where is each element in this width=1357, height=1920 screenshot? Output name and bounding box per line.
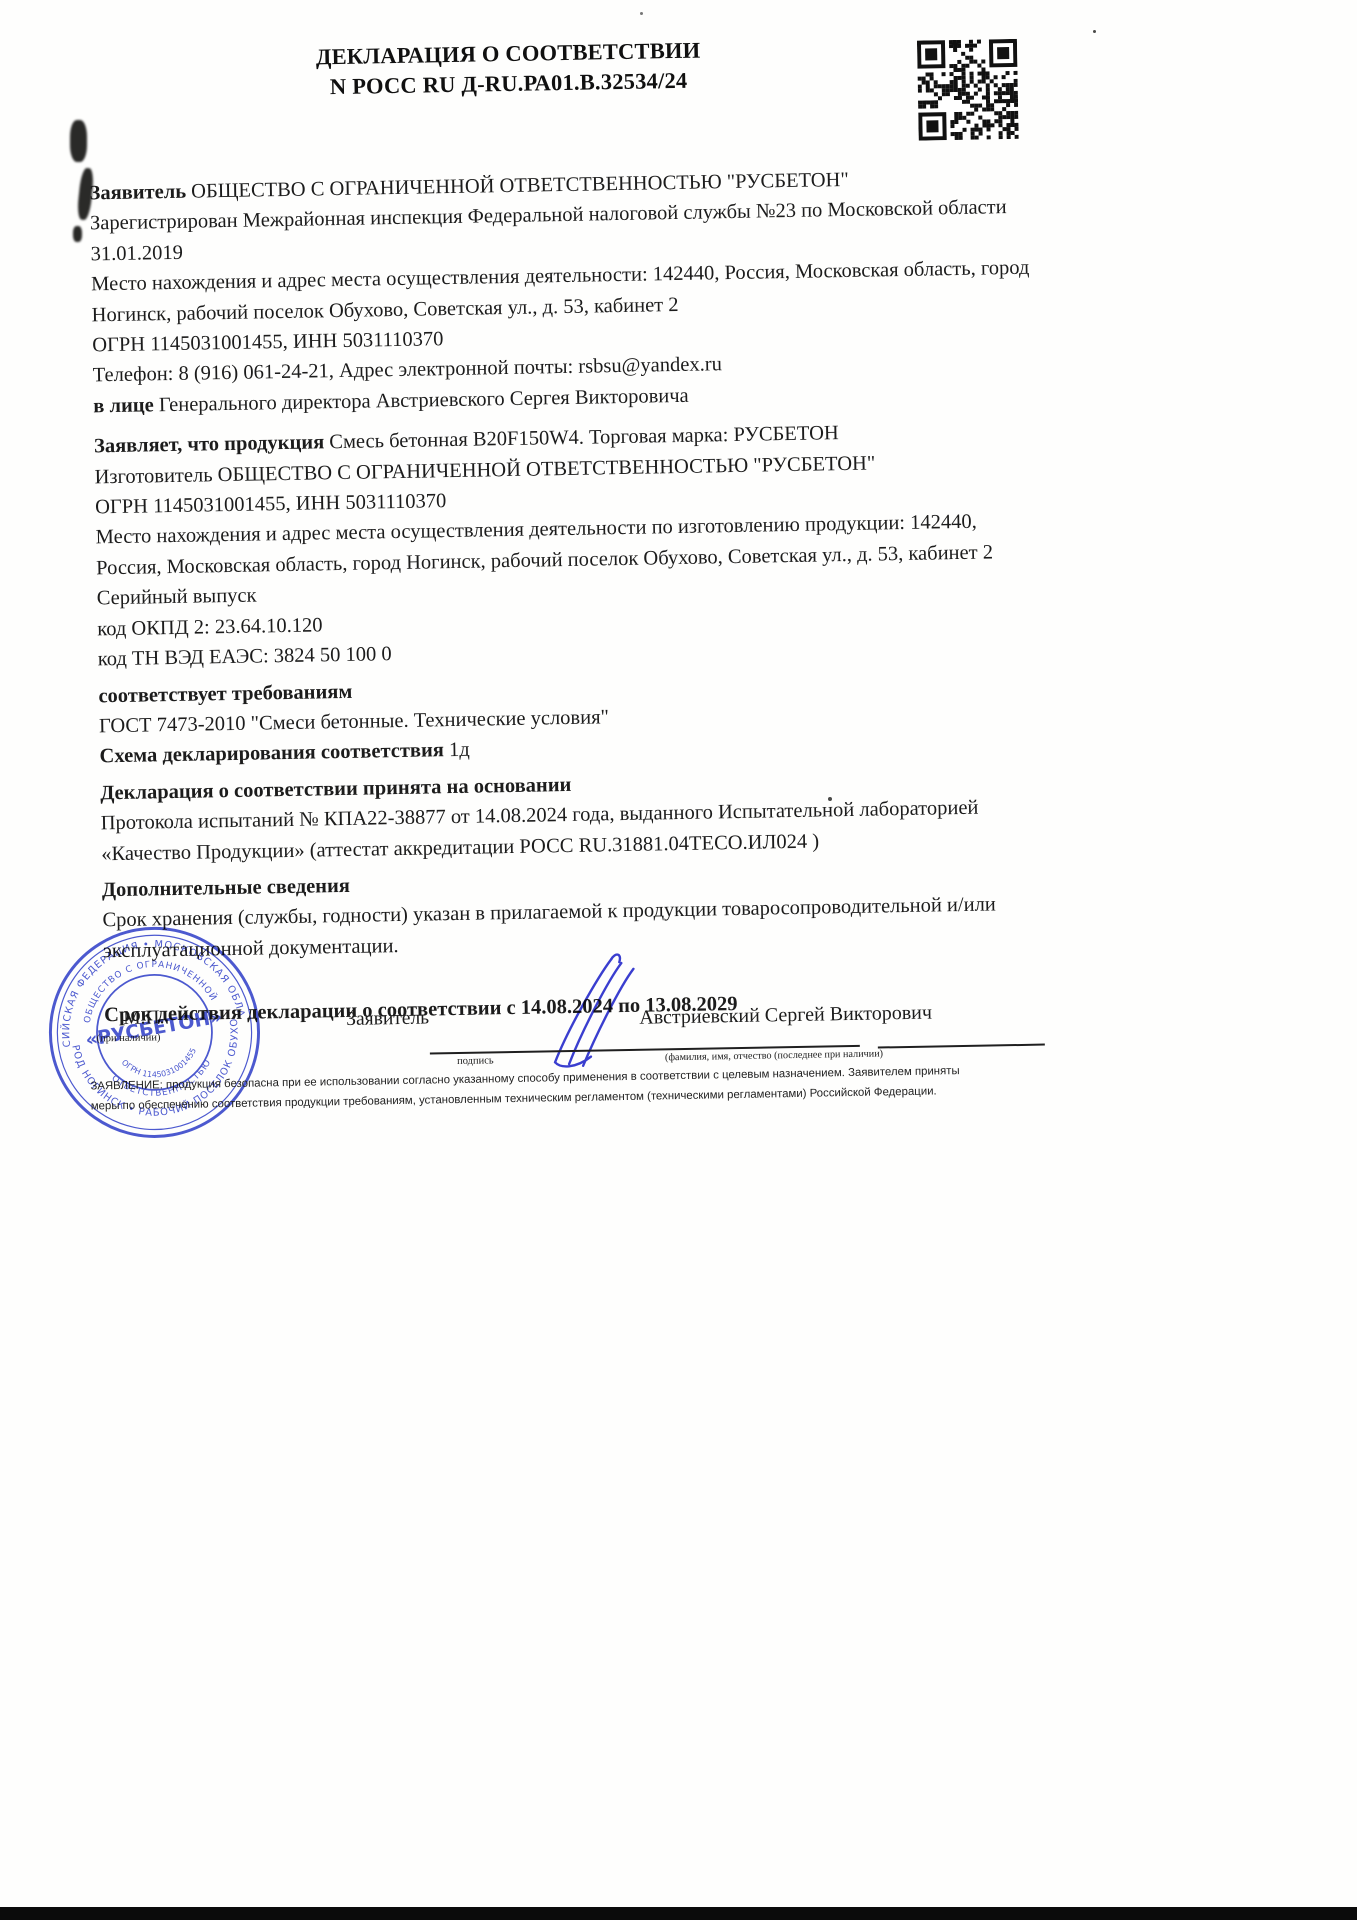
field-label: соответствует требованиям bbox=[98, 680, 352, 707]
field-value: Место нахождения и адрес места осуществл… bbox=[95, 511, 993, 579]
signature-line bbox=[878, 1026, 1045, 1049]
field-value: Смесь бетонная B20F150W4. Торговая марка… bbox=[324, 422, 839, 453]
field-value: ГОСТ 7473-2010 "Смеси бетонные. Техничес… bbox=[99, 706, 609, 737]
seal-place-note: (при наличии) bbox=[96, 1032, 160, 1044]
field-label: Заявляет, что продукция bbox=[94, 432, 325, 458]
field-value: код ТН ВЭД ЕАЭС: 3824 50 100 0 bbox=[98, 643, 392, 670]
field-label: Схема декларирования соответствия bbox=[99, 740, 444, 768]
field-value: ОГРН 1145031001455, ИНН 5031110370 bbox=[92, 328, 444, 356]
field-value: код ОКПД 2: 23.64.10.120 bbox=[97, 614, 323, 640]
field-label: Заявитель bbox=[89, 181, 186, 205]
field-label: Декларация о соответствии принята на осн… bbox=[100, 774, 572, 804]
signature-block: М.П. (при наличии) Заявитель подпись Авс… bbox=[1, 980, 1357, 1204]
signature-caption: подпись bbox=[457, 1055, 494, 1067]
applicant-label: Заявитель bbox=[346, 1008, 429, 1031]
signatory-name-caption: (фамилия, имя, отчество (последнее при н… bbox=[665, 1048, 883, 1063]
qr-code bbox=[917, 39, 1019, 141]
declaration-document-page: ДЕКЛАРАЦИЯ О СООТВЕТСТВИИ N РОСС RU Д-RU… bbox=[0, 0, 1357, 1920]
field-value: Серийный выпуск bbox=[97, 585, 257, 610]
field-value: 1д bbox=[444, 739, 470, 761]
field-value: ОГРН 1145031001455, ИНН 5031110370 bbox=[95, 490, 447, 518]
declaration-statement-fineprint: ЗАЯВЛЕНИЕ: продукция безопасна при ее ис… bbox=[90, 1061, 989, 1118]
field-value: Генерального директора Австриевского Сер… bbox=[154, 385, 689, 417]
signatory-name: Австриевский Сергей Викторович bbox=[639, 1002, 932, 1030]
document-body: ДЕКЛАРАЦИЯ О СООТВЕТСТВИИ N РОСС RU Д-RU… bbox=[0, 0, 1357, 1920]
declaration-text: Заявитель ОБЩЕСТВО С ОГРАНИЧЕННОЙ ОТВЕТС… bbox=[89, 162, 1045, 1031]
field-label: в лице bbox=[93, 394, 154, 417]
document-title: ДЕКЛАРАЦИЯ О СООТВЕТСТВИИ N РОСС RU Д-RU… bbox=[84, 31, 933, 107]
seal-place-label: М.П. bbox=[123, 1007, 165, 1030]
field-value: Протокола испытаний № КПА22-38877 от 14.… bbox=[101, 797, 979, 865]
field-label: Дополнительные сведения bbox=[102, 875, 350, 901]
